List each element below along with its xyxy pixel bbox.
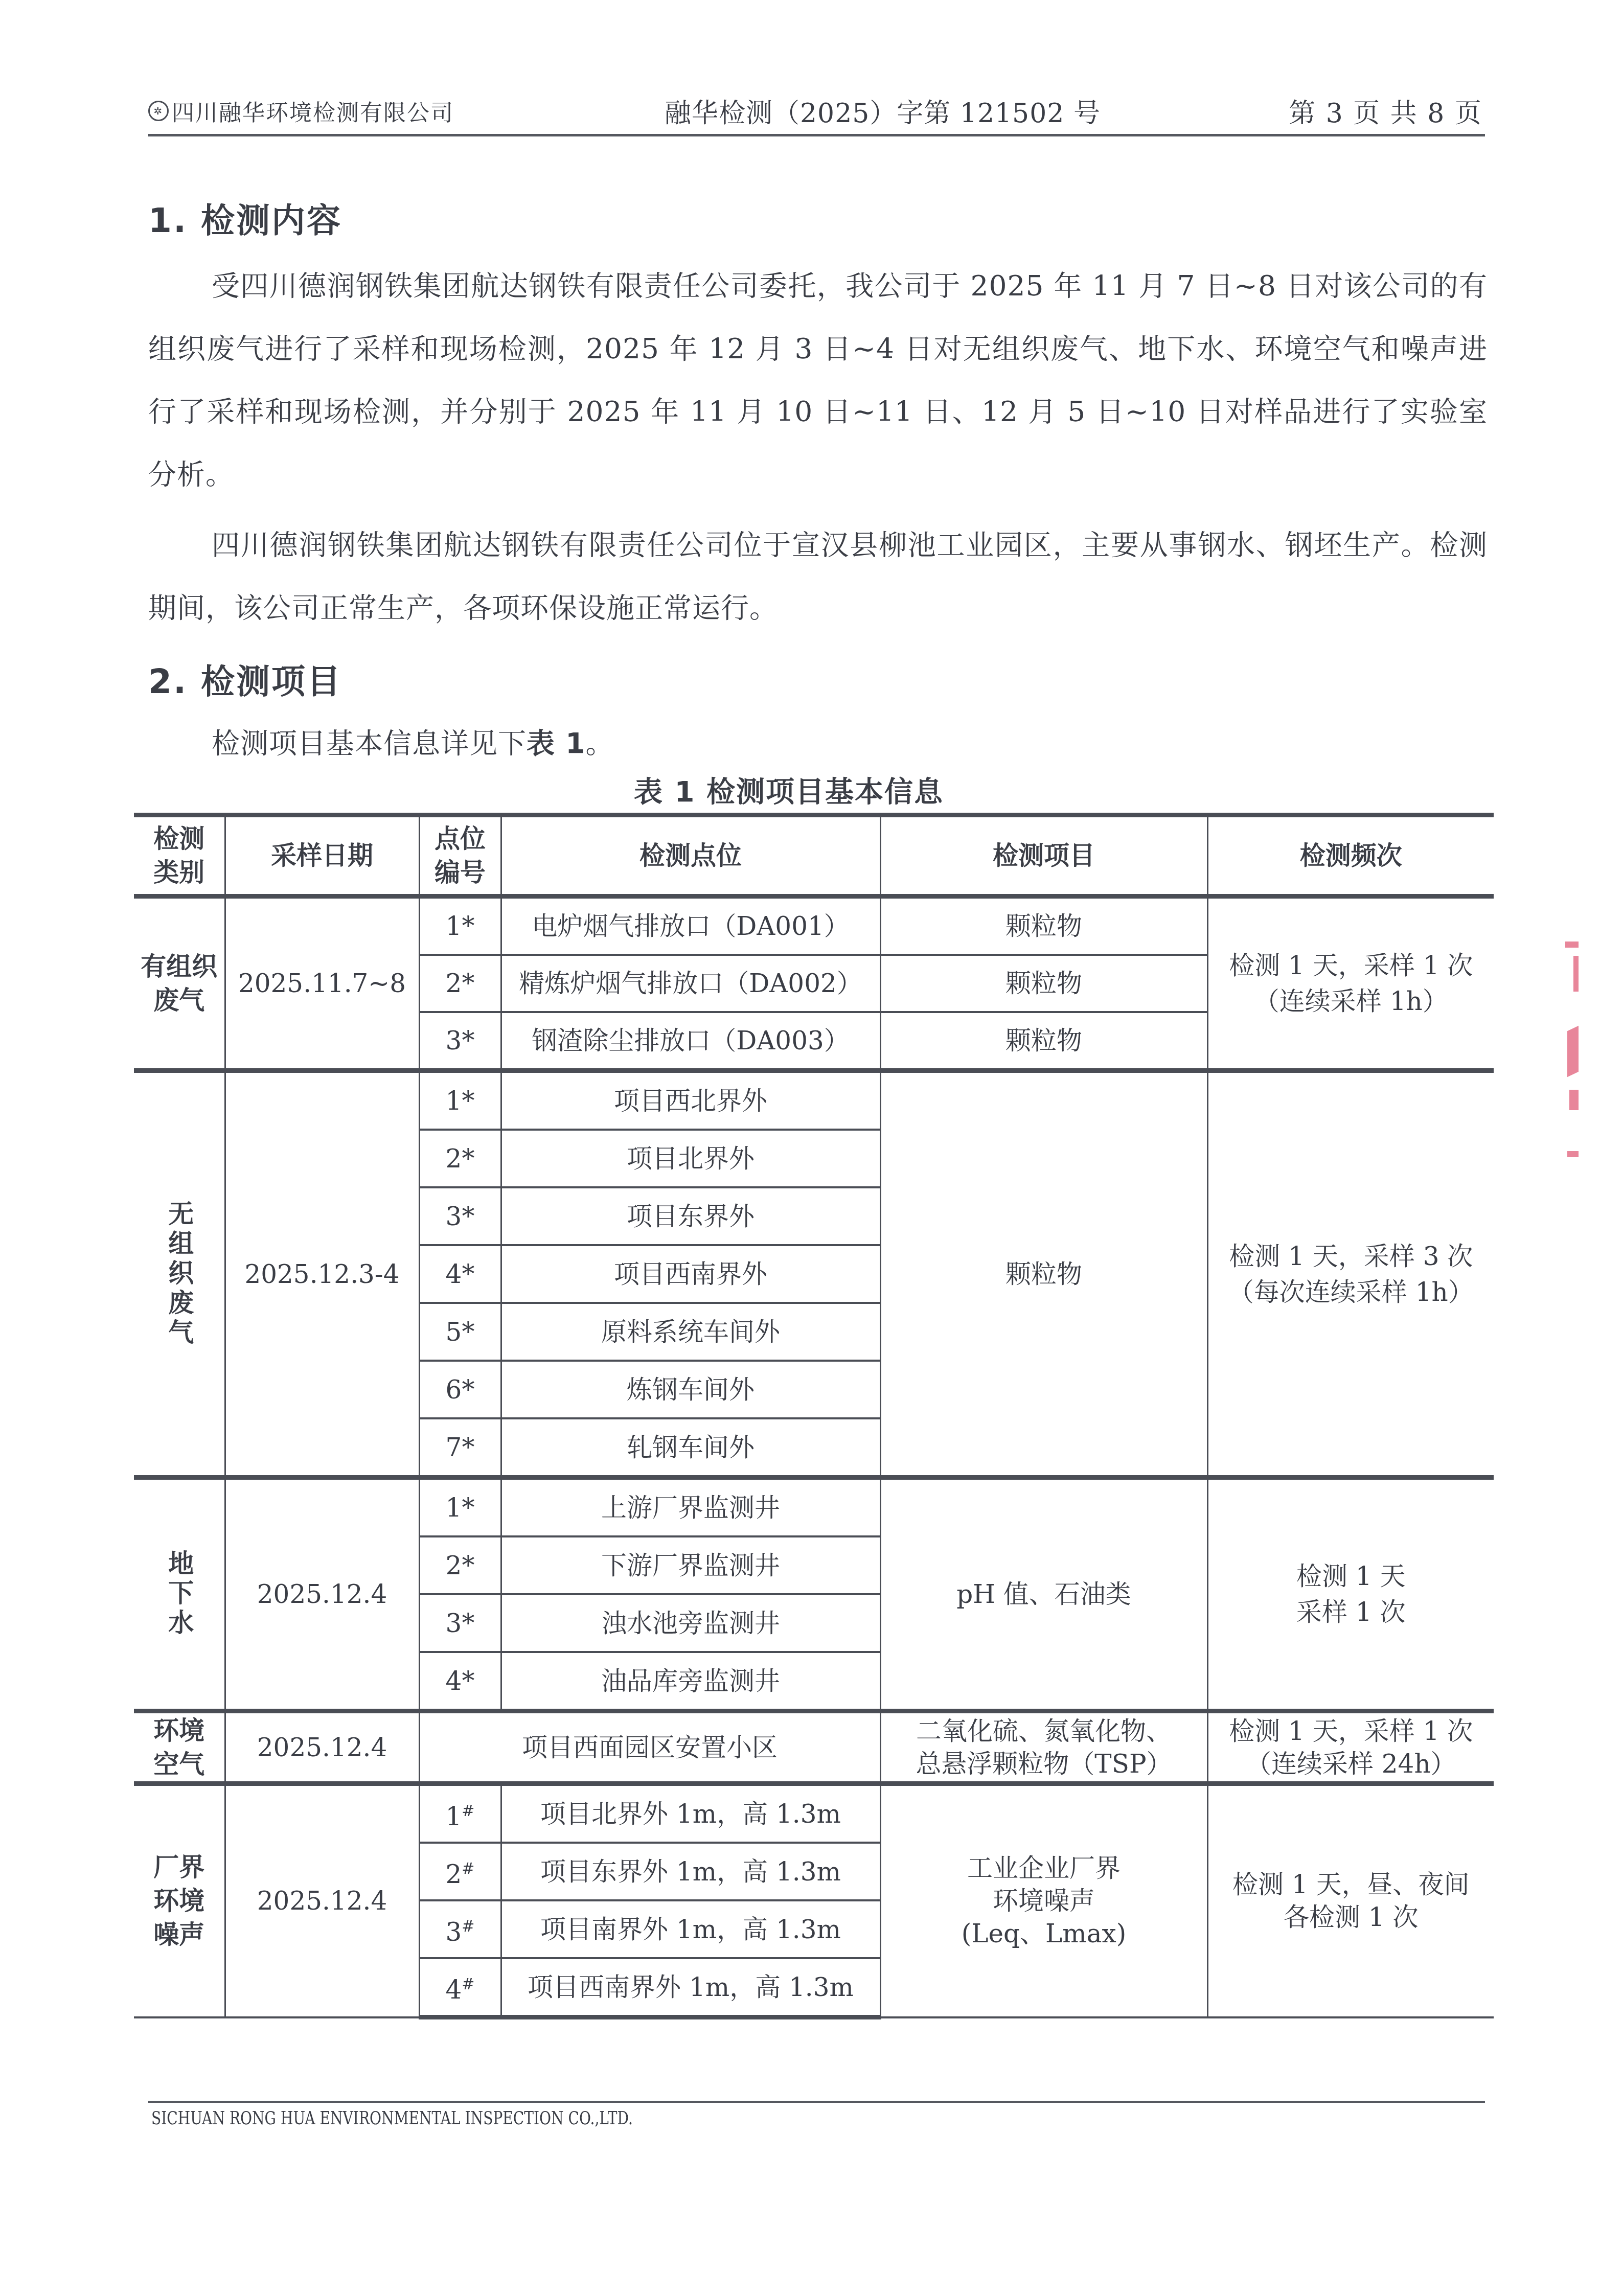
location-cell: 油品库旁监测井 [501, 1652, 880, 1711]
location-cell: 轧钢车间外 [501, 1418, 880, 1478]
location-cell: 精炼炉烟气排放口（DA002） [501, 955, 880, 1012]
company-name: ✲ 四川融华环境检测有限公司 [148, 95, 454, 127]
point-id-cell: 1* [419, 1478, 501, 1537]
item-cell: 颗粒物 [880, 1012, 1207, 1071]
location-cell: 项目西面园区安置小区 [419, 1711, 880, 1784]
table-row: 无组织废气 2025.12.3-4 1* 项目西北界外 颗粒物 检测 1 天，采… [134, 1071, 1494, 1130]
frequency-cell: 检测 1 天，采样 1 次 （连续采样 24h） [1207, 1711, 1494, 1784]
location-cell: 浊水池旁监测井 [501, 1594, 880, 1652]
location-cell: 项目东界外 [501, 1187, 880, 1245]
category-cell: 地下水 [134, 1478, 225, 1711]
category-cell: 厂界 环境 噪声 [134, 1784, 225, 2017]
table-header-row: 检测类别 采样日期 点位编号 检测点位 检测项目 检测频次 [134, 815, 1494, 897]
table-row: 有组织废气 2025.11.7~8 1* 电炉烟气排放口（DA001） 颗粒物 … [134, 897, 1494, 955]
point-id-cell: 2# [419, 1843, 501, 1900]
company-seal-logo-icon: ✲ [148, 101, 169, 121]
table-reference-link: 表 1 [527, 727, 585, 760]
location-cell: 项目西南界外 1m，高 1.3m [501, 1958, 880, 2017]
category-cell: 有组织废气 [134, 897, 225, 1071]
header-location: 检测点位 [501, 815, 880, 897]
item-cell: 颗粒物 [880, 1071, 1207, 1478]
section-2-intro: 检测项目基本信息详见下表 1。 [212, 721, 614, 761]
header-point-id: 点位编号 [419, 815, 501, 897]
point-id-cell: 4* [419, 1245, 501, 1303]
item-cell: 颗粒物 [880, 897, 1207, 955]
point-id-cell: 7* [419, 1418, 501, 1478]
point-id-cell: 2* [419, 1130, 501, 1187]
section-1-paragraph-1: 受四川德润钢铁集团航达钢铁有限责任公司委托，我公司于 2025 年 11 月 7… [148, 255, 1488, 506]
location-cell: 项目西北界外 [501, 1071, 880, 1130]
detection-items-table: 检测类别 采样日期 点位编号 检测点位 检测项目 检测频次 有组织废气 2025… [134, 813, 1494, 2019]
footer-company-name: SICHUAN RONG HUA ENVIRONMENTAL INSPECTIO… [151, 2108, 633, 2129]
point-id-cell: 1* [419, 897, 501, 955]
item-cell: pH 值、石油类 [880, 1478, 1207, 1711]
date-cell: 2025.11.7~8 [225, 897, 419, 1071]
frequency-cell: 检测 1 天，采样 1 次（连续采样 1h） [1207, 897, 1494, 1071]
point-id-cell: 4* [419, 1652, 501, 1711]
table-caption: 表 1 检测项目基本信息 [634, 769, 944, 810]
table-row: 厂界 环境 噪声 2025.12.4 1# 项目北界外 1m，高 1.3m 工业… [134, 1784, 1494, 1843]
red-seal-stamp-fragment [1565, 942, 1579, 1156]
location-cell: 项目东界外 1m，高 1.3m [501, 1843, 880, 1900]
frequency-cell: 检测 1 天 采样 1 次 [1207, 1478, 1494, 1711]
location-cell: 下游厂界监测井 [501, 1536, 880, 1594]
date-cell: 2025.12.4 [225, 1711, 419, 1784]
footer-divider [148, 2101, 1485, 2103]
section-1-title: 1. 检测内容 [148, 193, 342, 242]
section-1-paragraph-2: 四川德润钢铁集团航达钢铁有限责任公司位于宣汉县柳池工业园区，主要从事钢水、钢坯生… [148, 514, 1488, 639]
section-2-title: 2. 检测项目 [148, 654, 342, 703]
point-id-cell: 3* [419, 1012, 501, 1071]
category-cell: 无组织废气 [134, 1071, 225, 1478]
item-cell: 工业企业厂界 环境噪声 (Leq、Lmax) [880, 1784, 1207, 2017]
point-id-cell: 6* [419, 1361, 501, 1418]
document-number: 融华检测（2025）字第 121502 号 [665, 91, 1101, 130]
page-number: 第 3 页 共 8 页 [1289, 91, 1482, 130]
date-cell: 2025.12.4 [225, 1478, 419, 1711]
header-item: 检测项目 [880, 815, 1207, 897]
date-cell: 2025.12.4 [225, 1784, 419, 2017]
frequency-line: 采样 1 次 [1211, 1594, 1491, 1630]
location-cell: 炼钢车间外 [501, 1361, 880, 1418]
location-cell: 上游厂界监测井 [501, 1478, 880, 1537]
intro-prefix: 检测项目基本信息详见下 [212, 727, 527, 760]
frequency-cell: 检测 1 天，采样 3 次（每次连续采样 1h） [1207, 1071, 1494, 1478]
date-cell: 2025.12.3-4 [225, 1071, 419, 1478]
item-cell: 颗粒物 [880, 955, 1207, 1012]
location-cell: 项目北界外 1m，高 1.3m [501, 1784, 880, 1843]
point-id-cell: 3* [419, 1187, 501, 1245]
item-cell: 二氧化硫、氮氧化物、 总悬浮颗粒物（TSP） [880, 1711, 1207, 1784]
header-category: 检测类别 [134, 815, 225, 897]
table-row: 地下水 2025.12.4 1* 上游厂界监测井 pH 值、石油类 检测 1 天… [134, 1478, 1494, 1537]
header-divider [148, 134, 1485, 136]
frequency-line: 检测 1 天 [1211, 1558, 1491, 1594]
point-id-cell: 3* [419, 1594, 501, 1652]
location-cell: 钢渣除尘排放口（DA003） [501, 1012, 880, 1071]
company-name-text: 四川融华环境检测有限公司 [172, 95, 454, 127]
header-sampling-date: 采样日期 [225, 815, 419, 897]
point-id-cell: 1# [419, 1784, 501, 1843]
header-frequency: 检测频次 [1207, 815, 1494, 897]
location-cell: 项目西南界外 [501, 1245, 880, 1303]
point-id-cell: 3# [419, 1900, 501, 1958]
location-cell: 电炉烟气排放口（DA001） [501, 897, 880, 955]
category-cell: 环境 空气 [134, 1711, 225, 1784]
page-header: ✲ 四川融华环境检测有限公司 融华检测（2025）字第 121502 号 第 3… [148, 95, 1482, 135]
frequency-cell: 检测 1 天，昼、夜间 各检测 1 次 [1207, 1784, 1494, 2017]
point-id-cell: 2* [419, 955, 501, 1012]
table-row: 环境 空气 2025.12.4 项目西面园区安置小区 二氧化硫、氮氧化物、 总悬… [134, 1711, 1494, 1784]
point-id-cell: 1* [419, 1071, 501, 1130]
intro-suffix: 。 [585, 727, 614, 760]
location-cell: 项目南界外 1m，高 1.3m [501, 1900, 880, 1958]
point-id-cell: 5* [419, 1303, 501, 1361]
location-cell: 原料系统车间外 [501, 1303, 880, 1361]
location-cell: 项目北界外 [501, 1130, 880, 1187]
point-id-cell: 4# [419, 1958, 501, 2017]
point-id-cell: 2* [419, 1536, 501, 1594]
